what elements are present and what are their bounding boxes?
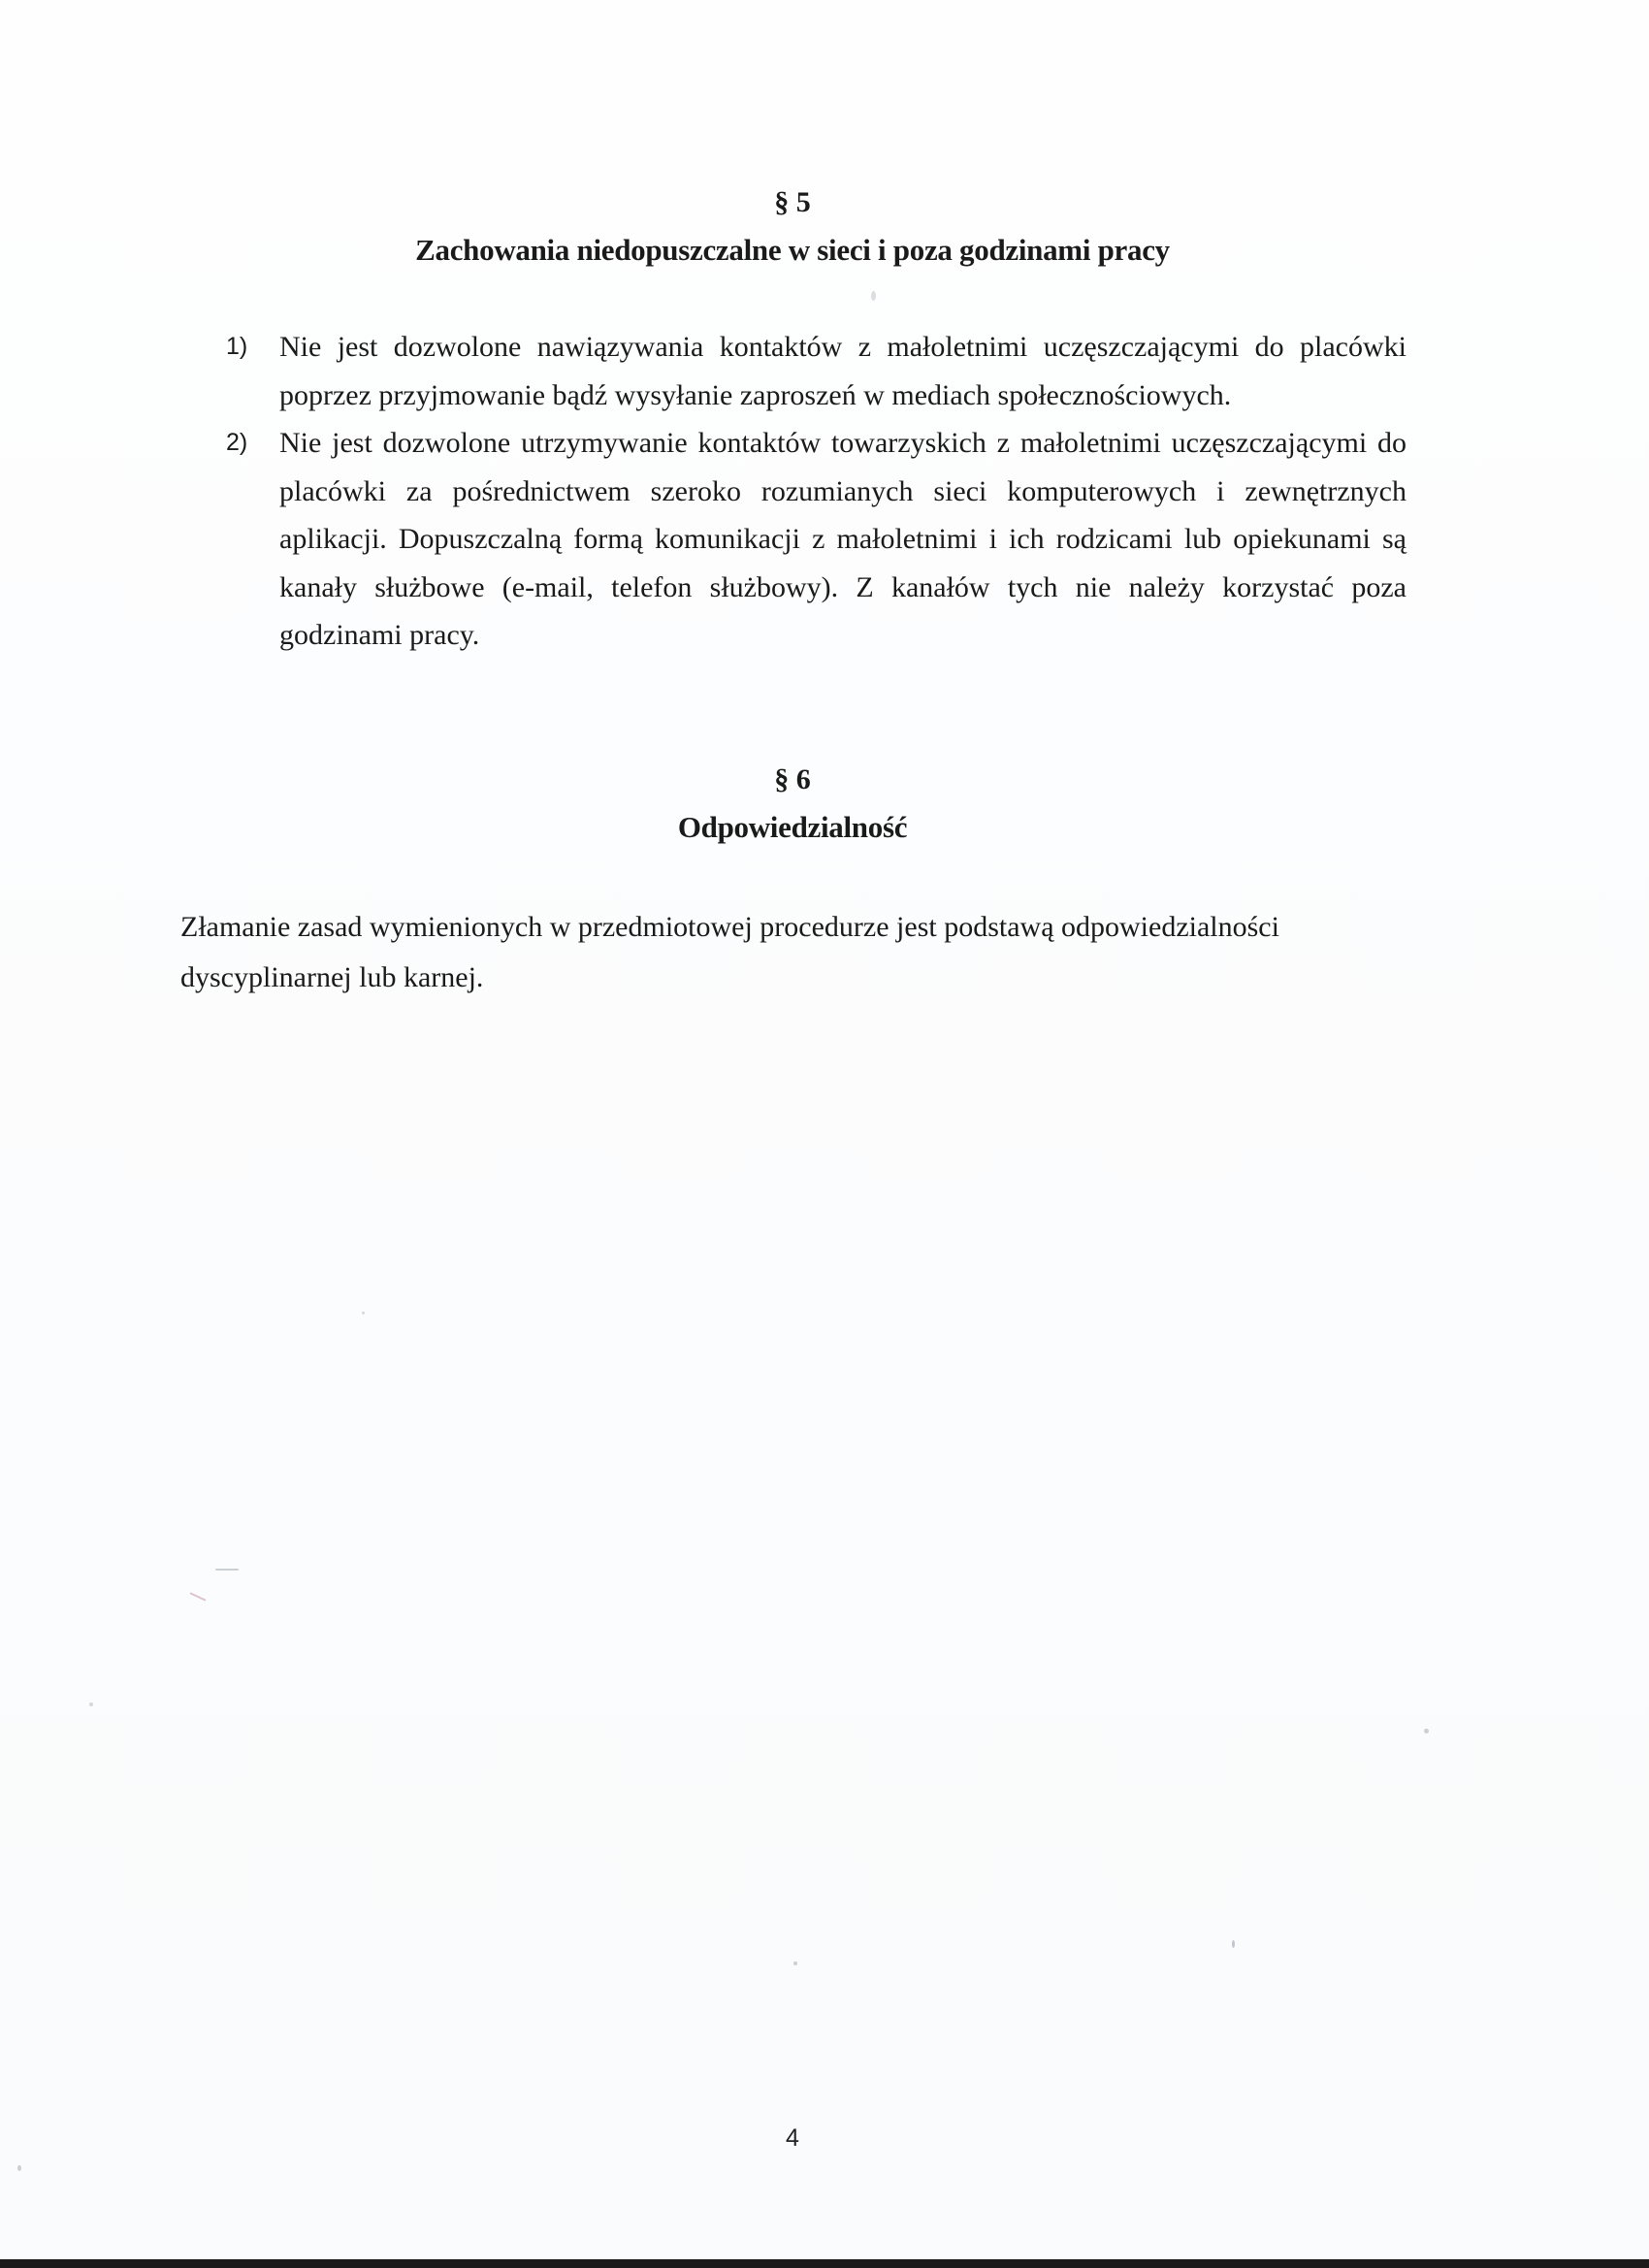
- scan-speck: [89, 1702, 93, 1706]
- scan-speck: [1232, 1940, 1235, 1948]
- document-page: § 5 Zachowania niedopuszczalne w sieci i…: [0, 0, 1649, 2268]
- list-marker: 2): [226, 419, 247, 468]
- section-6-title: Odpowiedzialność: [0, 810, 1585, 845]
- section-5-list: 1) Nie jest dozwolone nawiązywania konta…: [223, 323, 1406, 660]
- list-item-text: Nie jest dozwolone nawiązywania kontaktó…: [279, 331, 1406, 411]
- list-item: 1) Nie jest dozwolone nawiązywania konta…: [223, 323, 1406, 419]
- scan-speck: [189, 1592, 206, 1601]
- scan-speck: [871, 291, 876, 301]
- scan-speck: [793, 1961, 797, 1965]
- section-5-title: Zachowania niedopuszczalne w sieci i poz…: [0, 233, 1585, 268]
- page-number: 4: [0, 2124, 1585, 2153]
- scan-speck: [215, 1569, 239, 1571]
- scan-speck: [1424, 1729, 1429, 1733]
- list-item: 2) Nie jest dozwolone utrzymywanie konta…: [223, 419, 1406, 660]
- section-6-paragraph: Złamanie zasad wymienionych w przedmioto…: [180, 902, 1412, 1003]
- section-5-number: § 5: [0, 186, 1585, 219]
- list-marker: 1): [226, 323, 247, 372]
- scan-edge: [0, 2259, 1649, 2268]
- list-item-text: Nie jest dozwolone utrzymywanie kontaktó…: [279, 427, 1406, 651]
- scan-speck: [362, 1312, 365, 1314]
- scan-speck: [17, 2165, 21, 2171]
- section-6-number: § 6: [0, 763, 1585, 796]
